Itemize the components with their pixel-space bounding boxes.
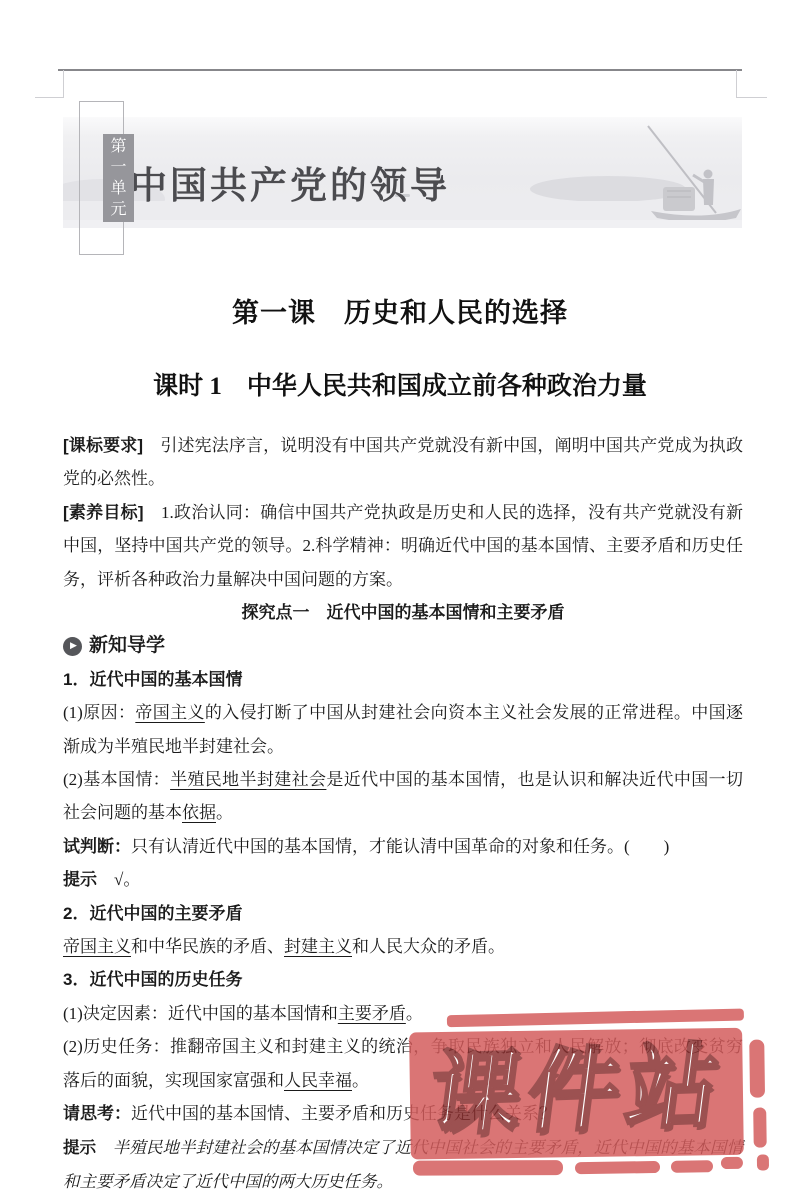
underlined-answer: 依据	[182, 803, 216, 822]
heading-main-contradiction: 2．近代中国的主要矛盾	[63, 897, 743, 930]
lesson-title: 第一课 历史和人民的选择	[0, 291, 800, 330]
text: 和中华民族的矛盾、	[131, 937, 284, 956]
underlined-answer: 帝国主义	[135, 703, 205, 722]
text: 和人民大众的矛盾。	[352, 937, 505, 956]
stamp-edge-fragment	[671, 1160, 713, 1173]
unit-char: 第	[110, 136, 126, 157]
underlined-answer: 帝国主义	[63, 937, 131, 956]
unit-number-label: 第 一 单 元	[103, 134, 134, 222]
page-top-rule	[58, 69, 742, 71]
text: (2)基本国情：	[63, 770, 170, 789]
judge-text: 只有认清近代中国的基本国情，才能认清中国革命的对象和任务。( )	[131, 837, 669, 856]
stamp-edge-fragment	[757, 1154, 769, 1170]
stamp-body: 课件站	[409, 1028, 744, 1160]
crop-mark-left	[63, 70, 64, 98]
hint-label: 提示	[63, 1139, 96, 1157]
underlined-answer: 封建主义	[284, 937, 352, 956]
session-title: 课时 1 中华人民共和国成立前各种政治力量	[0, 366, 800, 402]
heading-historic-tasks: 3．近代中国的历史任务	[63, 963, 743, 996]
new-knowledge-section-header: ▶ 新知导学	[63, 629, 743, 662]
unit-char: 元	[110, 199, 126, 220]
text: 。	[352, 1071, 369, 1090]
text: 。	[123, 870, 140, 889]
hint-label: 提示	[63, 870, 97, 889]
literacy-goal-text: 1.政治认同：确信中国共产党执政是历史和人民的选择，没有共产党就没有新中国，坚持…	[63, 503, 743, 589]
crop-mark-right	[736, 70, 737, 98]
underlined-answer: 半殖民地半封建社会	[170, 770, 326, 789]
text: 。	[216, 803, 233, 822]
banner-title: 中国共产党的领导	[130, 155, 450, 209]
unit-banner: 中国共产党的领导	[63, 117, 742, 228]
judge-question: 试判断：只有认清近代中国的基本国情，才能认清中国革命的对象和任务。( )	[63, 830, 743, 863]
stamp-edge-fragment	[721, 1157, 743, 1169]
unit-char: 一	[110, 157, 126, 178]
literacy-goal-label: [素养目标]	[63, 503, 144, 522]
kejianzhan-watermark-stamp: 课件站	[397, 1009, 774, 1182]
think-label: 请思考：	[63, 1104, 131, 1123]
text: (1)决定因素：近代中国的基本国情和	[63, 1004, 338, 1023]
explore-point-heading: 探究点一 近代中国的基本国情和主要矛盾	[63, 596, 743, 629]
crop-mark-left	[35, 97, 64, 98]
unit-char: 单	[110, 178, 126, 199]
curriculum-requirement-text: 引述宪法序言，说明没有中国共产党就没有新中国，阐明中国共产党成为执政党的必然性。	[63, 436, 743, 488]
judge-label: 试判断：	[63, 837, 131, 856]
literacy-goal: [素养目标] 1.政治认同：确信中国共产党执政是历史和人民的选择，没有共产党就没…	[63, 496, 743, 596]
judge-answer: 提示 √。	[63, 863, 743, 896]
heading-basic-conditions: 1．近代中国的基本国情	[63, 663, 743, 696]
checkmark-answer: √	[97, 870, 123, 889]
watermark-text: 课件站	[402, 1025, 752, 1163]
new-knowledge-section-title: 新知导学	[89, 629, 165, 662]
stamp-edge-fragment	[753, 1107, 767, 1147]
paragraph-basic-condition: (2)基本国情：半殖民地半封建社会是近代中国的基本国情，也是认识和解决近代中国一…	[63, 763, 743, 830]
text: (1)原因：	[63, 703, 135, 722]
crop-mark-right	[736, 97, 767, 98]
stamp-edge-fragment	[413, 1160, 563, 1176]
curriculum-requirement: [课标要求] 引述宪法序言，说明没有中国共产党就没有新中国，阐明中国共产党成为执…	[63, 429, 743, 496]
stamp-edge-fragment	[575, 1161, 660, 1174]
paragraph-cause: (1)原因：帝国主义的入侵打断了中国从封建社会向资本主义社会发展的正常进程。中国…	[63, 696, 743, 763]
stamp-edge-fragment	[749, 1039, 765, 1097]
paragraph-contradictions: 帝国主义和中华民族的矛盾、封建主义和人民大众的矛盾。	[63, 930, 743, 963]
curriculum-requirement-label: [课标要求]	[63, 436, 143, 455]
underlined-answer: 人民幸福	[284, 1071, 352, 1090]
play-circle-icon: ▶	[63, 637, 82, 656]
underlined-answer: 主要矛盾	[338, 1004, 406, 1023]
